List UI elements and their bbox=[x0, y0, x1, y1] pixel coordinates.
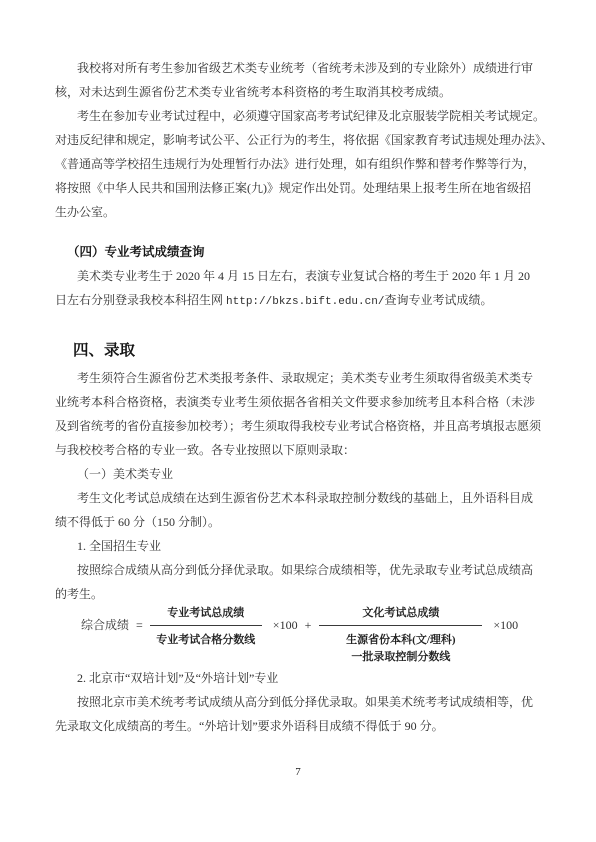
score-query-line2-prefix: 日左右分别登录我校本科招生网 bbox=[55, 293, 226, 307]
fraction2-denominator-line1: 生源省份本科(文/理科) bbox=[319, 632, 482, 649]
fraction2-denominator: 生源省份本科(文/理科) 一批录取控制分数线 bbox=[319, 626, 482, 666]
fraction2-denominator-line2: 一批录取控制分数线 bbox=[319, 649, 482, 666]
composite-score-formula: 综合成绩 = 专业考试总成绩 专业考试合格分数线 ×100 + 文化考试总成绩 … bbox=[81, 606, 545, 666]
heading-score-query: （四）专业考试成绩查询 bbox=[67, 240, 545, 264]
formula-times-100-second: ×100 bbox=[493, 606, 518, 633]
formula-fraction-professional: 专业考试总成绩 专业考试合格分数线 bbox=[150, 606, 262, 649]
paragraph-composite-score-rule: 按照综合成绩从高分到低分择优录取。如果综合成绩相等，优先录取专业考试总成绩高 的… bbox=[55, 558, 545, 606]
fraction1-denominator: 专业考试合格分数线 bbox=[150, 626, 262, 649]
subheading-beijing-plans: 2. 北京市“双培计划”及“外培计划”专业 bbox=[55, 666, 545, 690]
heading-admission: 四、录取 bbox=[73, 336, 545, 366]
paragraph-provincial-exam-review: 我校将对所有考生参加省级艺术类专业统考（省统考未涉及到的专业除外）成绩进行审 核… bbox=[55, 56, 545, 104]
page-number: 7 bbox=[0, 766, 596, 778]
paragraph-admission-requirements: 考生须符合生源省份艺术类报考条件、录取规定；美术类专业考生须取得省级美术类专 业… bbox=[55, 366, 545, 462]
admission-website-url: http://bkzs.bift.edu.cn/ bbox=[226, 296, 384, 308]
fraction2-numerator: 文化考试总成绩 bbox=[319, 606, 482, 626]
formula-plus-sign: + bbox=[305, 606, 312, 633]
score-query-line2-suffix: 查询专业考试成绩。 bbox=[384, 293, 492, 307]
fraction1-numerator: 专业考试总成绩 bbox=[150, 606, 262, 626]
score-query-line1: 美术类专业考生于 2020 年 4 月 15 日左右，表演专业复试合格的考生于 … bbox=[77, 269, 530, 283]
paragraph-beijing-plans-rule: 按照北京市美术统考考试成绩从高分到低分择优录取。如果美术统考考试成绩相等，优 先… bbox=[55, 690, 545, 738]
document-page: 我校将对所有考生参加省级艺术类专业统考（省统考未涉及到的专业除外）成绩进行审 核… bbox=[0, 0, 596, 842]
formula-fraction-culture: 文化考试总成绩 生源省份本科(文/理科) 一批录取控制分数线 bbox=[319, 606, 482, 666]
formula-equals-sign: = bbox=[136, 606, 143, 633]
document-body: 我校将对所有考生参加省级艺术类专业统考（省统考未涉及到的专业除外）成绩进行审 核… bbox=[55, 56, 545, 738]
formula-times-100-first: ×100 bbox=[273, 606, 298, 633]
formula-lhs: 综合成绩 bbox=[81, 606, 129, 633]
paragraph-culture-score-requirement: 考生文化考试总成绩在达到生源省份艺术本科录取控制分数线的基础上，且外语科目成 绩… bbox=[55, 486, 545, 534]
subheading-fine-arts-majors: （一）美术类专业 bbox=[55, 462, 545, 486]
paragraph-score-query: 美术类专业考生于 2020 年 4 月 15 日左右，表演专业复试合格的考生于 … bbox=[55, 264, 545, 314]
subheading-national-enrollment: 1. 全国招生专业 bbox=[55, 534, 545, 558]
paragraph-exam-discipline: 考生在参加专业考试过程中，必须遵守国家高考考试纪律及北京服装学院相关考试规定。 … bbox=[55, 104, 545, 224]
